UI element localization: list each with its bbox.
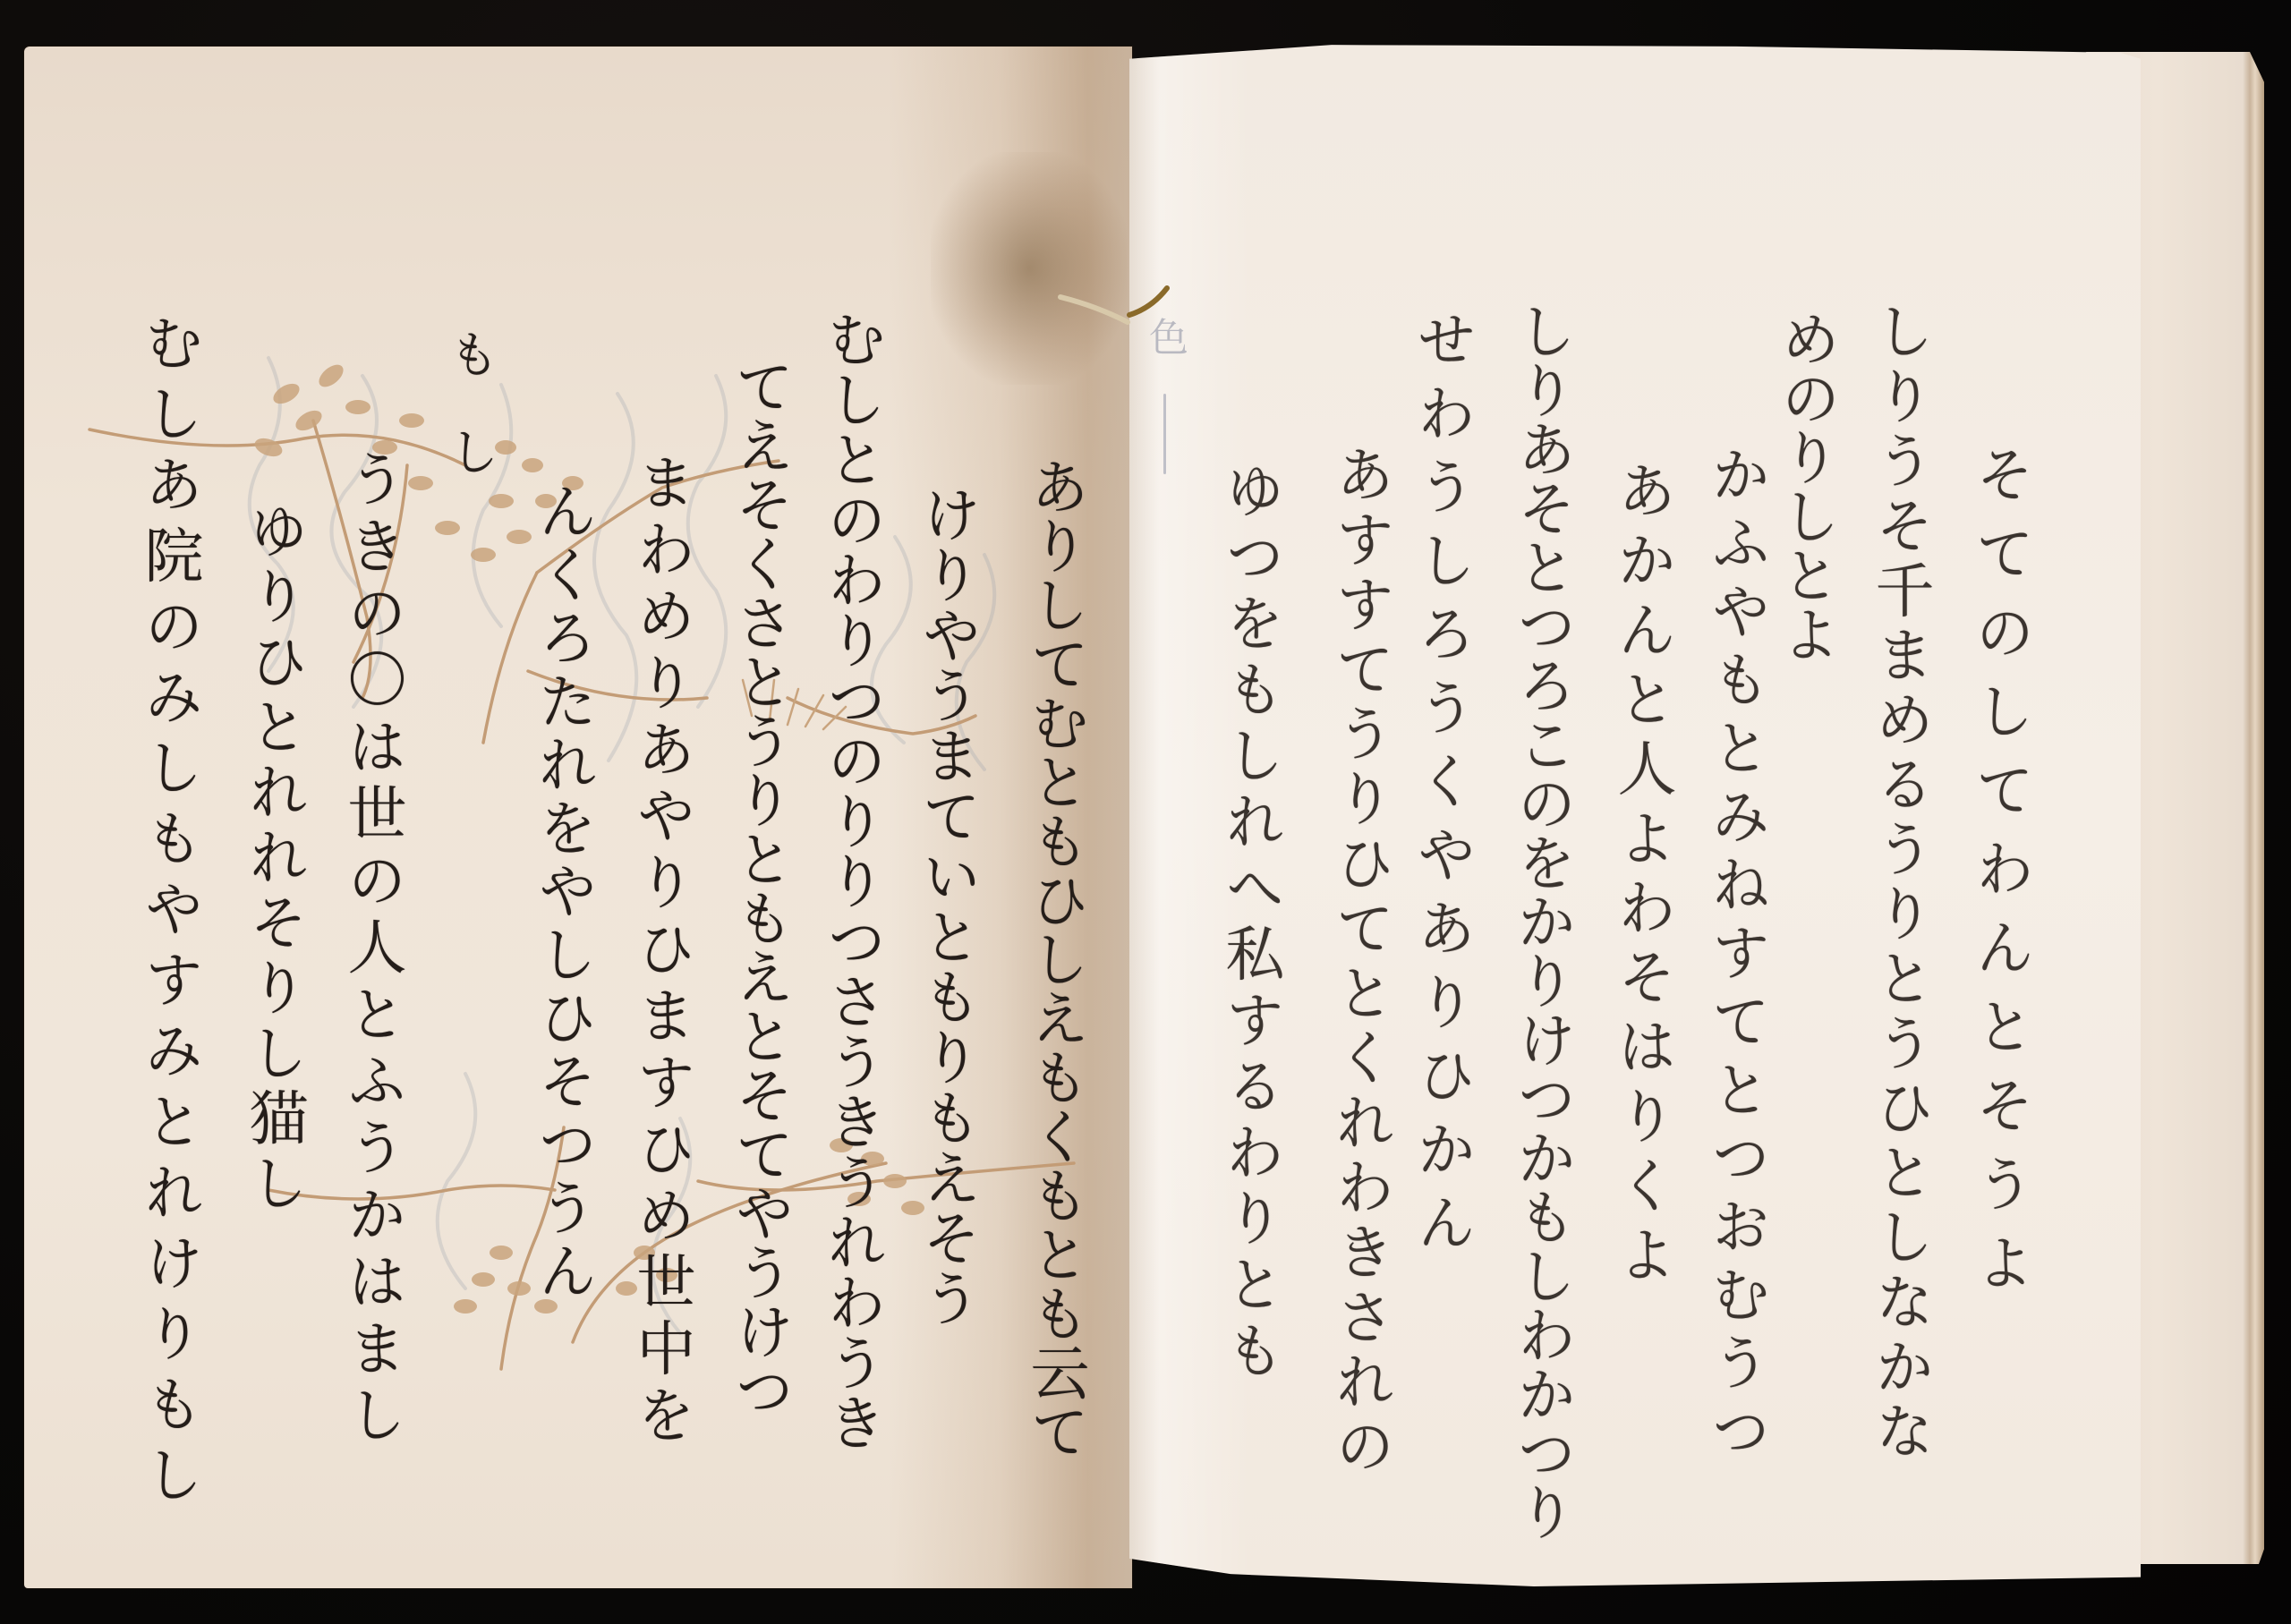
right-page-text-column: ゆつをもしれへ私するわりとも xyxy=(1220,460,1279,1379)
right-page-text-column: そてのしてわんとそうよ xyxy=(1970,444,2029,1291)
left-page-text-column: てえそくさとうりともえとそてやうけつ xyxy=(729,356,788,1259)
right-page-text-column: しりあそとつろこのをかりけつかもしわかつり xyxy=(1512,301,1571,1467)
left-page-text-column: ありしてむともひしえもくもとも云て xyxy=(1025,456,1084,1447)
left-page-text-column: むしあ院のみしもやすみとれけりもし xyxy=(139,312,198,1503)
right-page-text-column: しりうそ千まめるうりとうひとしなかな xyxy=(1869,301,1929,1459)
right-page-text-column: かふやもとみねすてとつおむうつ xyxy=(1706,444,1765,1459)
right-page-text-column: せわうしろうくやありひかん xyxy=(1411,309,1470,1251)
left-page-text-column: むしとのわりつのりりつさうきうれわうき xyxy=(822,309,881,1451)
left-page-text-column: もし xyxy=(445,328,495,476)
right-page-text-column: めのりしとよ xyxy=(1776,309,1835,652)
left-page-text-column: けりやうまていともりもえそう xyxy=(916,484,975,1327)
left-page-text-column: うきの〇は世の人とふうかはまし xyxy=(342,448,401,1443)
gutter-mark-line xyxy=(1163,394,1166,474)
gutter-stain xyxy=(931,152,1128,385)
left-page-text-column: ゆりひとれれそりし猫し xyxy=(243,500,302,1212)
left-page-text-column: まわめりあやりひますひめ世中を xyxy=(631,452,690,1443)
gutter-mark: 色 xyxy=(1136,317,1193,356)
open-manuscript-book: ありしてむともひしえもくもとも云てけりやうまていともりもえそうむしとのわりつのり… xyxy=(0,0,2291,1624)
right-page-text-column: あすすてうりひてとくれわきされの xyxy=(1330,444,1389,1475)
left-page-text-column: んくろたれをやしひそつうん xyxy=(532,480,592,1299)
right-page-text-column: あかんと人よわそはりくよ xyxy=(1612,460,1671,1283)
